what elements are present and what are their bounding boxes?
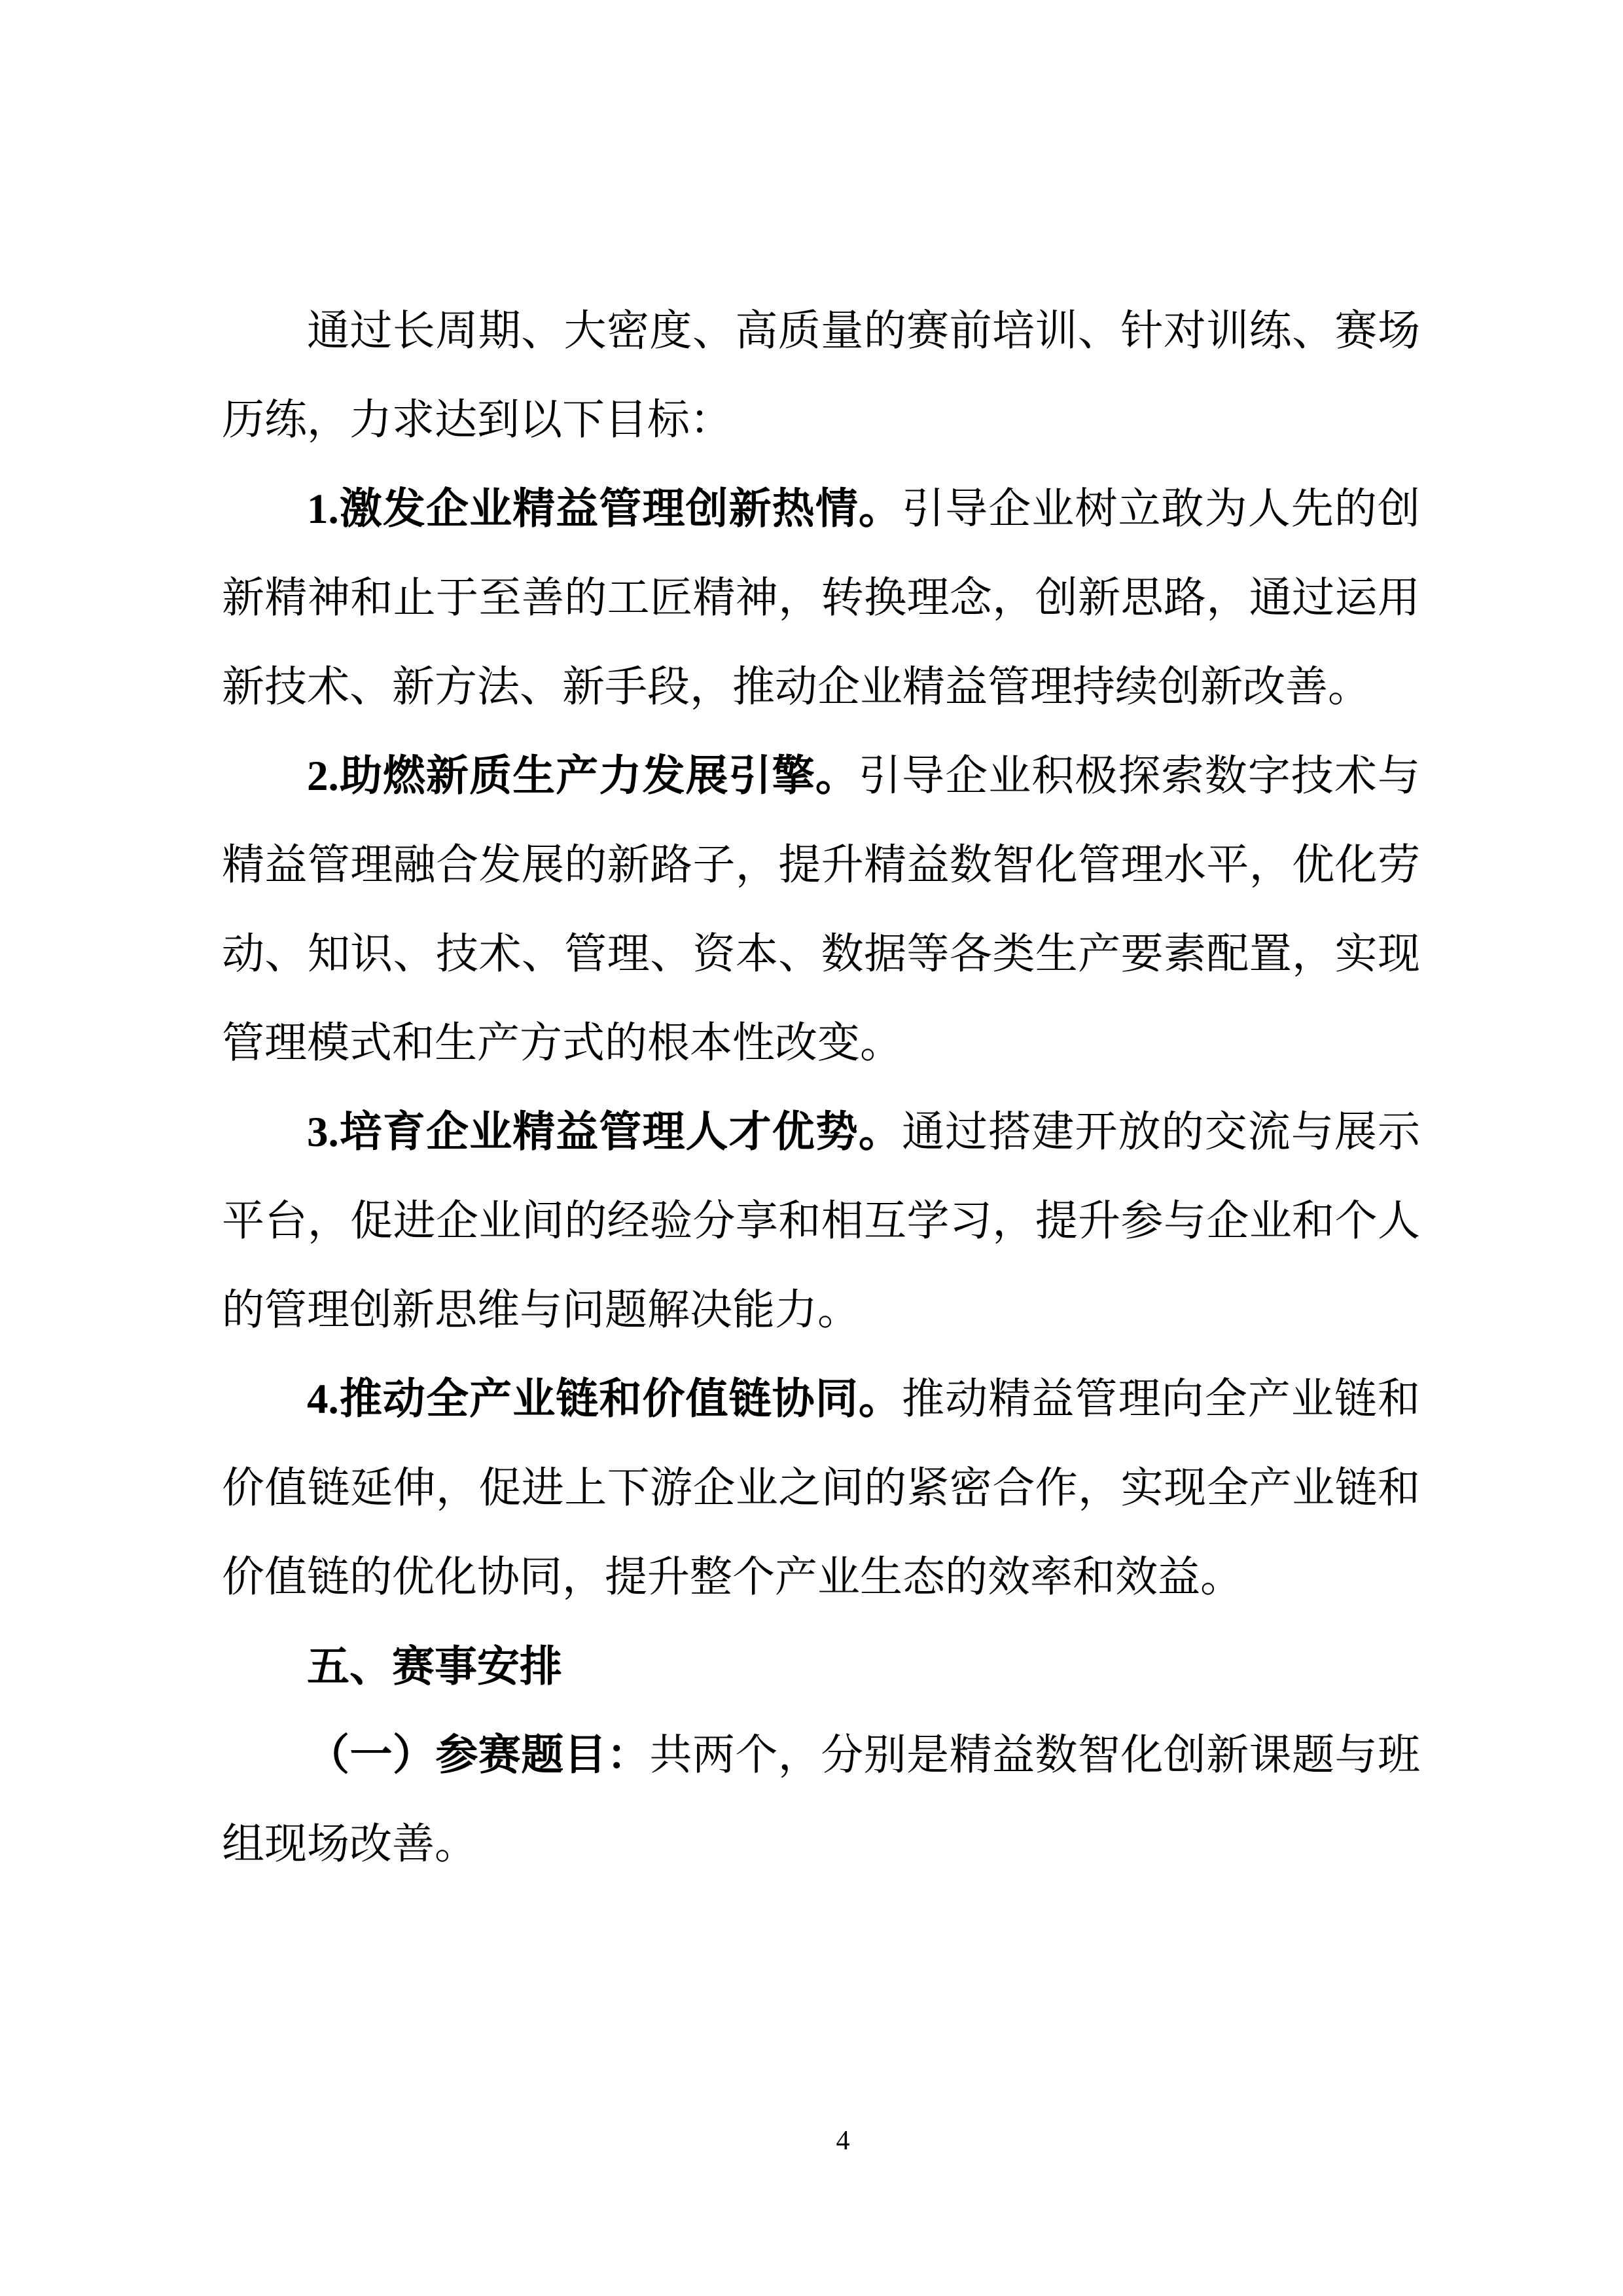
goal-item-4-lead: 4.推动全产业链和价值链协同。 [307,1376,902,1423]
page-number-value: 4 [836,2126,850,2156]
sub-item-topics: （一）参赛题目：共两个，分别是精益数智化创新课题与班组现场改善。 [222,1711,1420,1889]
sub-item-topics-lead: （一）参赛题目： [307,1732,650,1779]
goal-item-4: 4.推动全产业链和价值链协同。推动精益管理向全产业链和价值链延伸，促进上下游企业… [222,1355,1420,1622]
intro-paragraph: 通过长周期、大密度、高质量的赛前培训、针对训练、赛场历练，力求达到以下目标： [222,287,1420,465]
goal-item-3: 3.培育企业精益管理人才优势。通过搭建开放的交流与展示平台，促进企业间的经验分享… [222,1088,1420,1355]
goal-item-2-lead: 2.助燃新质生产力发展引擎。 [307,753,859,800]
goal-item-1: 1.激发企业精益管理创新热情。引导企业树立敢为人先的创新精神和止于至善的工匠精神… [222,465,1420,732]
document-page: 通过长周期、大密度、高质量的赛前培训、针对训练、赛场历练，力求达到以下目标： 1… [0,0,1623,2296]
goal-item-3-lead: 3.培育企业精益管理人才优势。 [307,1109,902,1156]
goal-item-2: 2.助燃新质生产力发展引擎。引导企业积极探索数字技术与精益管理融合发展的新路子，… [222,732,1420,1088]
goal-item-2-text: 引导企业积极探索数字技术与精益管理融合发展的新路子，提升精益数智化管理水平，优化… [222,753,1420,1067]
page-number: 4 [0,2125,1623,2157]
intro-paragraph-text: 通过长周期、大密度、高质量的赛前培训、针对训练、赛场历练，力求达到以下目标： [222,308,1420,444]
document-body: 通过长周期、大密度、高质量的赛前培训、针对训练、赛场历练，力求达到以下目标： 1… [222,287,1420,1889]
goal-item-1-lead: 1.激发企业精益管理创新热情。 [307,486,902,533]
section-heading: 五、赛事安排 [222,1622,1420,1711]
